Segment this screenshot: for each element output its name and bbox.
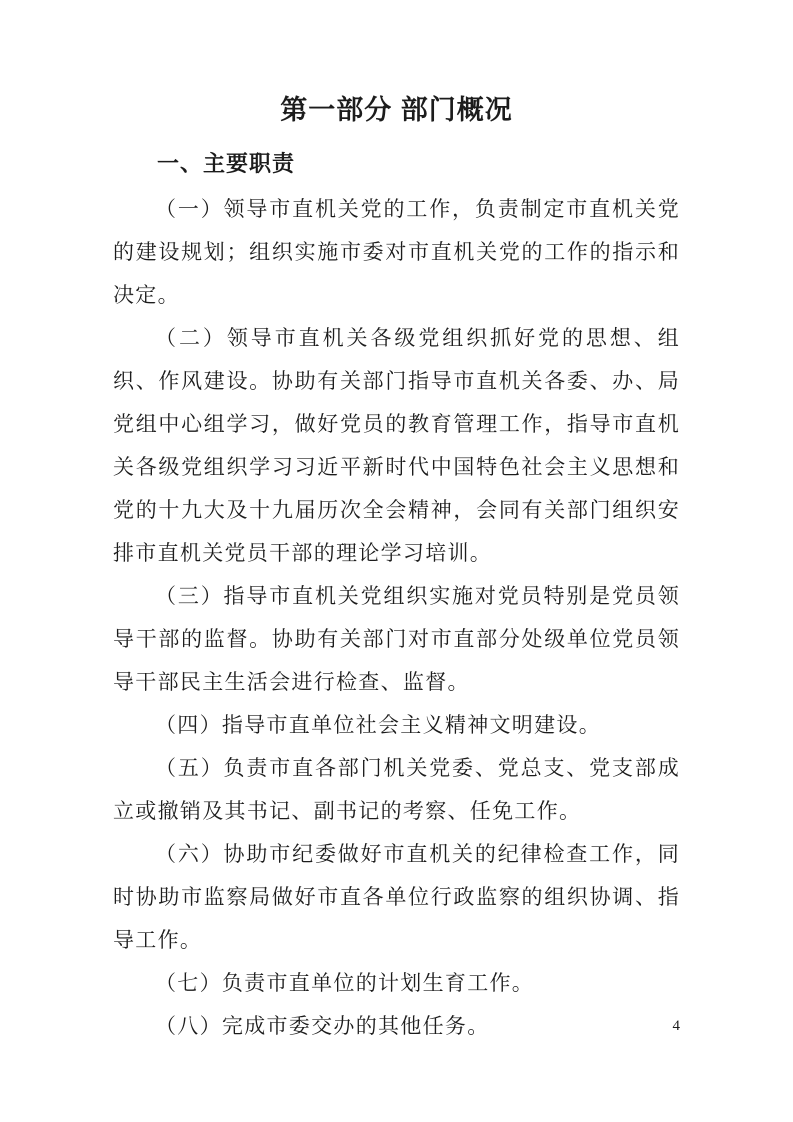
body-paragraph-1: （一）领导市直机关党的工作，负责制定市直机关党的建设规划；组织实施市委对市直机关… bbox=[113, 188, 680, 317]
body-paragraph-4: （四）指导市直单位社会主义精神文明建设。 bbox=[113, 704, 680, 747]
body-paragraph-6: （六）协助市纪委做好市直机关的纪律检查工作，同时协助市监察局做好市直各单位行政监… bbox=[113, 833, 680, 962]
document-content: 第一部分 部门概况 一、主要职责 （一）领导市直机关党的工作，负责制定市直机关党… bbox=[113, 92, 680, 1048]
document-page: 第一部分 部门概况 一、主要职责 （一）领导市直机关党的工作，负责制定市直机关党… bbox=[0, 0, 793, 1122]
body-paragraph-7: （七）负责市直单位的计划生育工作。 bbox=[113, 962, 680, 1005]
body-paragraph-5: （五）负责市直各部门机关党委、党总支、党支部成立或撤销及其书记、副书记的考察、任… bbox=[113, 747, 680, 833]
page-title: 第一部分 部门概况 bbox=[113, 92, 680, 128]
body-paragraph-2: （二）领导市直机关各级党组织抓好党的思想、组织、作风建设。协助有关部门指导市直机… bbox=[113, 317, 680, 575]
section-heading: 一、主要职责 bbox=[113, 148, 680, 180]
page-number: 4 bbox=[113, 1018, 680, 1035]
body-paragraph-3: （三）指导市直机关党组织实施对党员特别是党员领导干部的监督。协助有关部门对市直部… bbox=[113, 575, 680, 704]
